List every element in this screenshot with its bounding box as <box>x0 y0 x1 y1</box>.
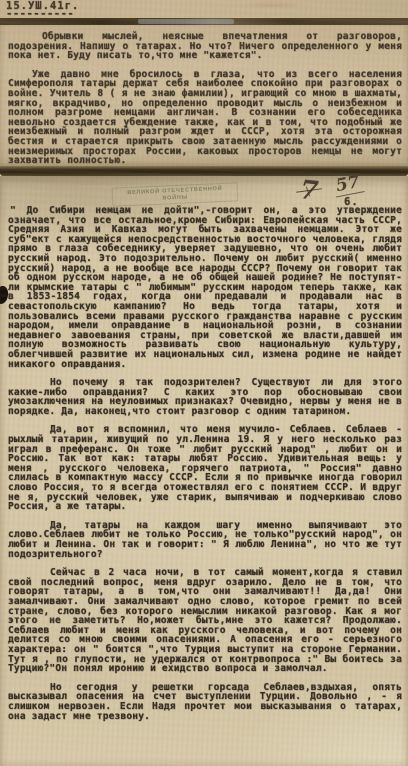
paper-stain <box>238 1 308 9</box>
typed-paragraph: Уже давно мне бросилось в глаза, что из … <box>8 70 402 166</box>
typed-paragraph: " До Сибири немцам не дойти",-говорит он… <box>8 206 402 369</box>
crossed-out-page-number: 7 <box>299 177 320 205</box>
typed-paragraph: Да, вот я вспомнил, что меня мучило- Себ… <box>8 425 402 511</box>
document-scan: 15.УШ.41г. ---------- Обрывки мыслей, не… <box>0 0 408 766</box>
typed-paragraph: Но почему я так подозрителен? Существуют… <box>8 378 402 416</box>
upper-text-block: Обрывки мыслей, неясные впечатления от р… <box>8 32 402 175</box>
upper-page-fragment: Обрывки мыслей, неясные впечатления от р… <box>0 25 408 168</box>
archive-stamp: ВЕЛИКОЙ ОТЕЧЕСТВЕННОЙ ВОЙНЫ <box>112 182 239 206</box>
typed-paragraph: Да, татары на каждом шагу именно выпячив… <box>8 521 402 559</box>
typed-paragraph: Сейчас в 2 часа ночи, в тот самый момент… <box>8 568 402 674</box>
date-underline: ---------- <box>6 10 74 20</box>
seam-glare <box>138 19 234 24</box>
typed-paragraph: Обрывки мыслей, неясные впечатления от р… <box>8 32 402 61</box>
handwritten-page-number: 57 <box>332 171 364 197</box>
main-page-fragment: ВЕЛИКОЙ ОТЕЧЕСТВЕННОЙ ВОЙНЫ 7 57 6. " До… <box>0 176 408 766</box>
typed-paragraph: Но сегодня у решетки горсада Себлаев,взд… <box>8 683 402 721</box>
main-text-block: " До Сибири немцам не дойти",-говорит он… <box>8 206 402 730</box>
